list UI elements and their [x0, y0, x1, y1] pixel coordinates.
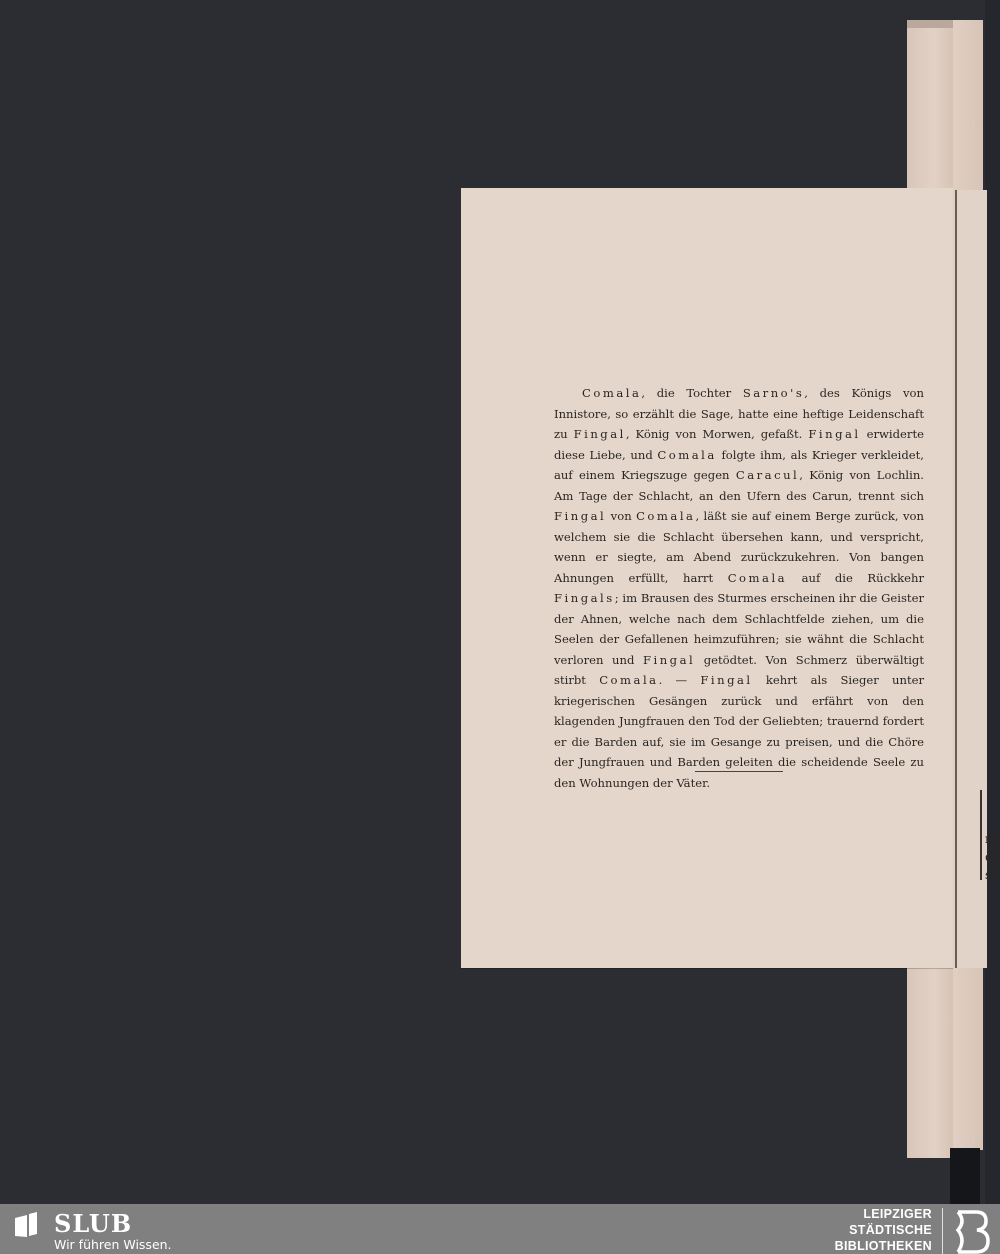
name-emphasis: Comala	[728, 571, 787, 585]
text-run: auf die Rückkehr	[787, 571, 924, 585]
viewer-right-edge	[985, 0, 1000, 1204]
name-emphasis: Comala	[636, 509, 695, 523]
next-page-bracket	[980, 790, 982, 880]
text-run: kehrt als Sieger unter kriegerischen Ges…	[554, 673, 924, 790]
synopsis-paragraph: Comala, die Tochter Sarno's, des Königs …	[554, 383, 924, 793]
text-run: , König von Morwen, gefaßt.	[626, 427, 809, 441]
name-emphasis: Fingal	[554, 509, 606, 523]
text-run: . —	[659, 673, 701, 687]
name-emphasis: Fingal	[574, 427, 626, 441]
name-emphasis: Fingal	[808, 427, 860, 441]
spine-shadow	[950, 1148, 980, 1204]
slub-logo-title: SLUB	[54, 1210, 132, 1238]
footer-bar: SLUB Wir führen Wissen. LEIPZIGER STÄDTI…	[0, 1204, 1000, 1254]
next-page-edge	[955, 190, 987, 968]
scan-viewer[interactable]: mi die sei Comala, die Tochter Sarno's, …	[0, 0, 1000, 1204]
name-emphasis: Fingal	[700, 673, 752, 687]
text-run: , die Tochter	[641, 386, 742, 400]
slub-logo-tagline: Wir führen Wissen.	[54, 1238, 172, 1252]
slub-book-icon	[13, 1212, 39, 1238]
name-emphasis: Fingals	[554, 591, 615, 605]
name-emphasis: Fingal	[643, 653, 695, 667]
name-emphasis: Comala	[657, 448, 716, 462]
next-page-fragment: mi die sei	[985, 830, 1000, 884]
name-emphasis: Comala	[582, 386, 641, 400]
logo-divider	[942, 1208, 943, 1254]
name-emphasis: Caracul	[736, 468, 799, 482]
lsb-logo-text: LEIPZIGER STÄDTISCHE BIBLIOTHEKEN	[835, 1206, 932, 1254]
lsb-b-icon	[952, 1208, 992, 1254]
text-run: von	[606, 509, 636, 523]
name-emphasis: Comala	[599, 673, 658, 687]
name-emphasis: Sarno's	[743, 386, 804, 400]
section-divider	[695, 771, 783, 772]
